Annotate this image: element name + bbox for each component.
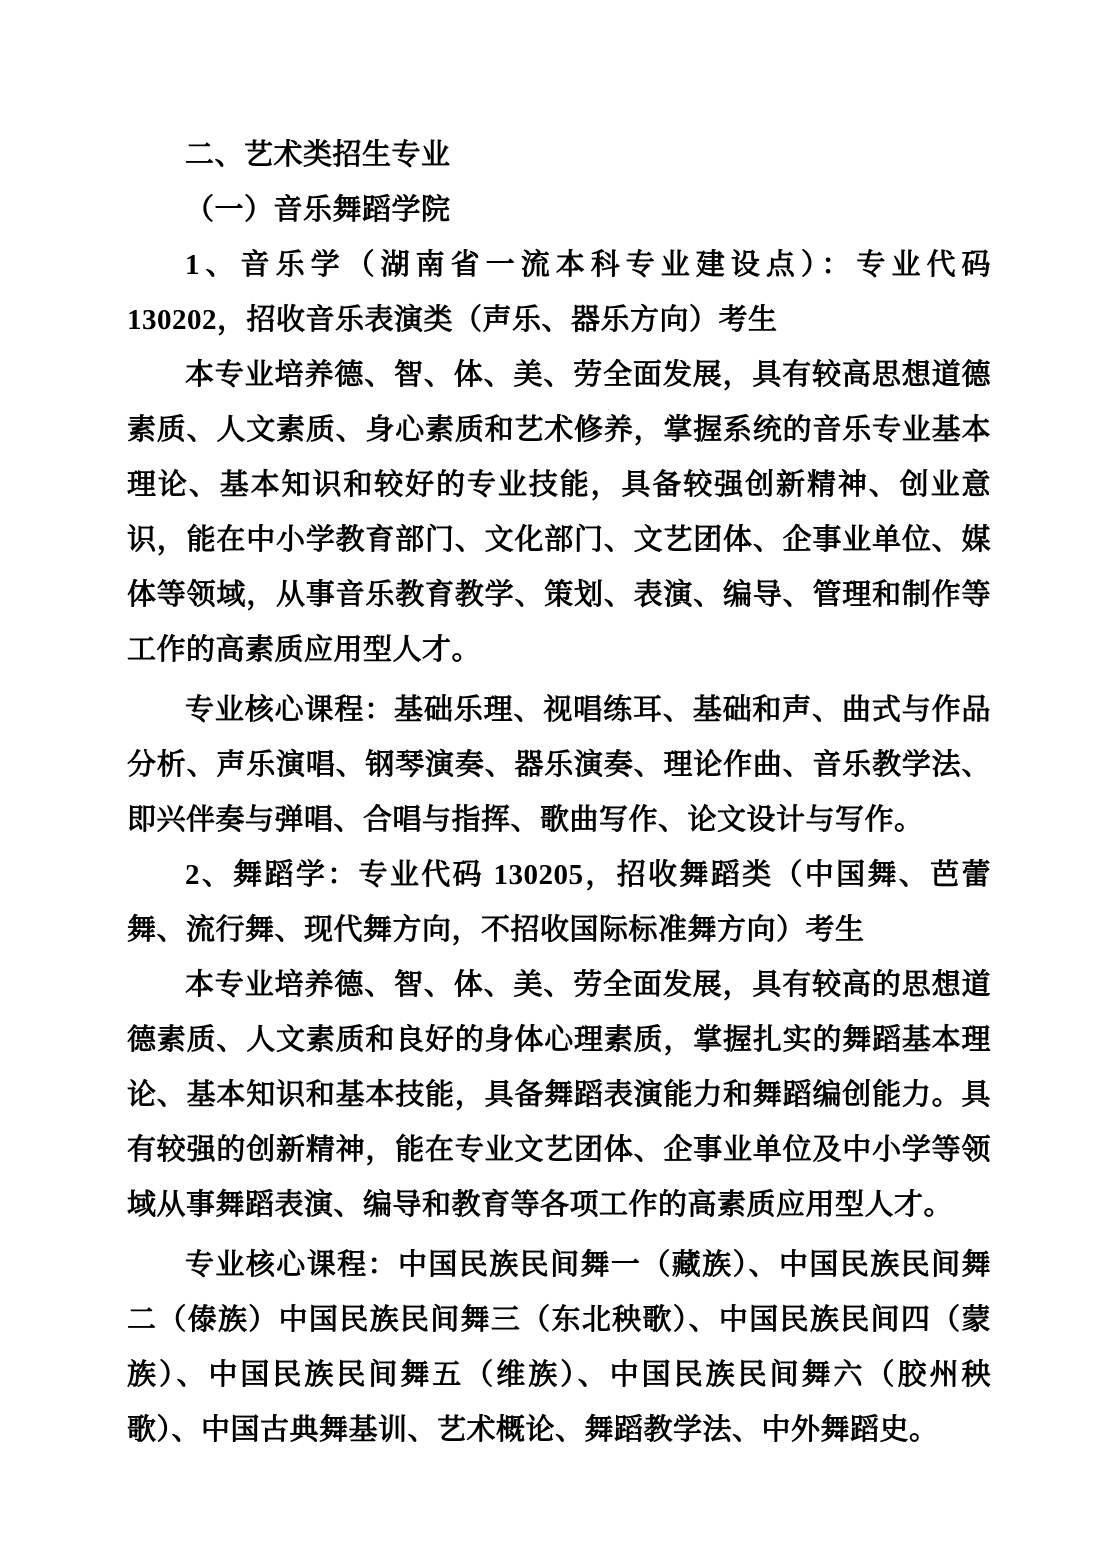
subsection-heading-music-dance-college: （一）音乐舞蹈学院 <box>127 183 991 238</box>
document-content: 二、艺术类招生专业 （一）音乐舞蹈学院 1、音乐学（湖南省一流本科专业建设点）：… <box>127 128 991 1458</box>
program-2-dance-title: 2、舞蹈学：专业代码 130205，招收舞蹈类（中国舞、芭蕾舞、流行舞、现代舞方… <box>127 848 991 958</box>
program-2-dance-training-objective: 本专业培养德、智、体、美、劳全面发展，具有较高的思想道德素质、人文素质和良好的身… <box>127 958 991 1233</box>
program-2-dance-core-courses: 专业核心课程：中国民族民间舞一（藏族）、中国民族民间舞二（傣族）中国民族民间舞三… <box>127 1238 991 1458</box>
section-heading: 二、艺术类招生专业 <box>127 128 991 183</box>
document-page: 二、艺术类招生专业 （一）音乐舞蹈学院 1、音乐学（湖南省一流本科专业建设点）：… <box>0 0 1102 1559</box>
program-1-music-core-courses: 专业核心课程：基础乐理、视唱练耳、基础和声、曲式与作品分析、声乐演唱、钢琴演奏、… <box>127 683 991 848</box>
program-1-music-training-objective: 本专业培养德、智、体、美、劳全面发展，具有较高思想道德素质、人文素质、身心素质和… <box>127 348 991 678</box>
program-1-music-title: 1、音乐学（湖南省一流本科专业建设点）：专业代码 130202，招收音乐表演类（… <box>127 238 991 348</box>
